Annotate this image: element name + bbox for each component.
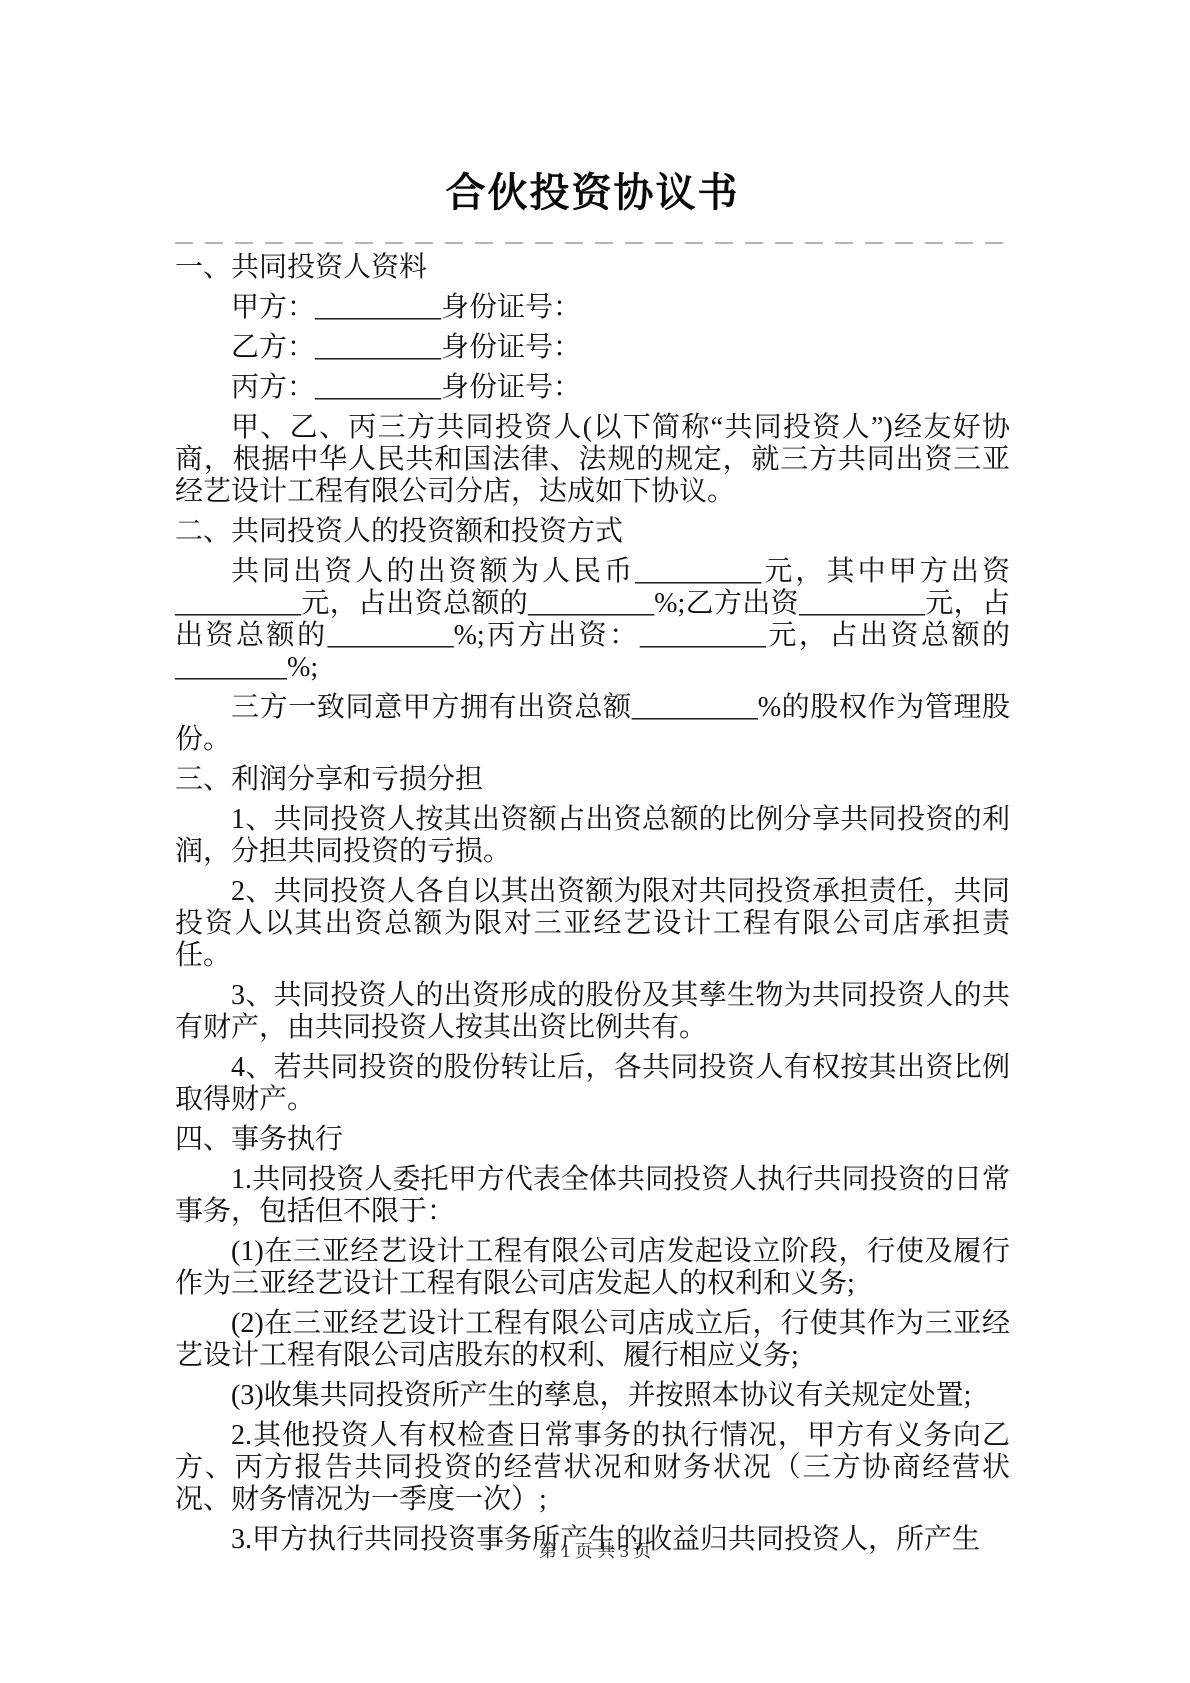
execution-item-1: 1.共同投资人委托甲方代表全体共同投资人执行共同投资的日常事务，包括但不限于： [175,1164,1010,1228]
document-title: 合伙投资协议书 [175,170,1010,216]
execution-subitem-2: (2)在三亚经艺设计工程有限公司店成立后，行使其作为三亚经艺设计工程有限公司店股… [175,1308,1010,1372]
profit-sharing-item-2: 2、共同投资人各自以其出资额为限对共同投资承担责任，共同投资人以其出资总额为限对… [175,876,1010,972]
page-number: 第 1 页 共 3 页 [0,1540,1190,1562]
section-heading-4: 四、事务执行 [175,1124,1010,1156]
profit-sharing-item-1: 1、共同投资人按其出资额占出资总额的比例分享共同投资的利润，分担共同投资的亏损。 [175,804,1010,868]
party-c-line: 丙方：_________身份证号： [175,372,1010,404]
profit-sharing-item-3: 3、共同投资人的出资形成的股份及其孳生物为共同投资人的共有财产，由共同投资人按其… [175,980,1010,1044]
execution-item-2: 2.其他投资人有权检查日常事务的执行情况，甲方有义务向乙方、丙方报告共同投资的经… [175,1420,1010,1516]
section-heading-1: 一、共同投资人资料 [175,252,1010,284]
execution-subitem-3: (3)收集共同投资所产生的孳息，并按照本协议有关规定处置; [175,1380,1010,1412]
section-heading-3: 三、利润分享和亏损分担 [175,764,1010,796]
document-body: 合伙投资协议书 一、共同投资人资料 甲方：_________身份证号： 乙方：_… [175,170,1010,1556]
document-content: 一、共同投资人资料 甲方：_________身份证号： 乙方：_________… [175,252,1010,1556]
document-page: 合伙投资协议书 一、共同投资人资料 甲方：_________身份证号： 乙方：_… [0,0,1190,1683]
party-b-line: 乙方：_________身份证号： [175,332,1010,364]
title-separator-dashed-line [175,242,1010,244]
section-heading-2: 二、共同投资人的投资额和投资方式 [175,516,1010,548]
execution-subitem-1: (1)在三亚经艺设计工程有限公司店发起设立阶段，行使及履行作为三亚经艺设计工程有… [175,1236,1010,1300]
management-equity-paragraph: 三方一致同意甲方拥有出资总额_________%的股权作为管理股份。 [175,692,1010,756]
capital-contribution-paragraph: 共同出资人的出资额为人民币_________元，其中甲方出资_________元… [175,556,1010,684]
preamble-paragraph: 甲、乙、丙三方共同投资人(以下简称“共同投资人”)经友好协商，根据中华人民共和国… [175,412,1010,508]
party-a-line: 甲方：_________身份证号： [175,292,1010,324]
profit-sharing-item-4: 4、若共同投资的股份转让后，各共同投资人有权按其出资比例取得财产。 [175,1052,1010,1116]
